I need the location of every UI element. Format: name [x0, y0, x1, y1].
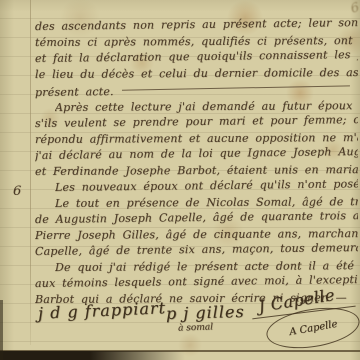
manuscript-line: des ascendants non repris au présent act…: [35, 16, 358, 36]
signature-a-capelle: A Capelle: [288, 318, 338, 337]
manuscript-line: Les nouveaux époux ont déclaré qu'ils n'…: [55, 177, 358, 197]
manuscript-line: présent acte.: [35, 80, 358, 100]
manuscript-page: 6 des ascendants non repris au présent a…: [0, 0, 360, 360]
manuscript-line: Capelle, âgé de trente six ans, maçon, t…: [35, 241, 358, 261]
page-corner-mark: 6: [349, 0, 360, 17]
page-left-edge-shadow: [0, 300, 3, 360]
manuscript-line: et fait la déclaration que quoiqu'ils co…: [35, 48, 358, 68]
signature-somal: à somal: [178, 322, 213, 333]
margin-rule-line: [30, 0, 31, 345]
manuscript-line: s'ils veulent se prendre pour mari et po…: [35, 113, 358, 133]
page-edge-shadow: [0, 351, 185, 360]
manuscript-line: de Augustin Joseph Capelle, âgé de quara…: [35, 209, 358, 229]
signature-gilles: p j gilles: [166, 302, 245, 323]
closing-dash-flourish: [122, 85, 350, 90]
margin-act-number: 6: [13, 184, 21, 199]
manuscript-line-text: présent acte.: [35, 85, 114, 99]
manuscript-line: j'ai déclaré au nom de la loi que Ignace…: [35, 145, 358, 165]
